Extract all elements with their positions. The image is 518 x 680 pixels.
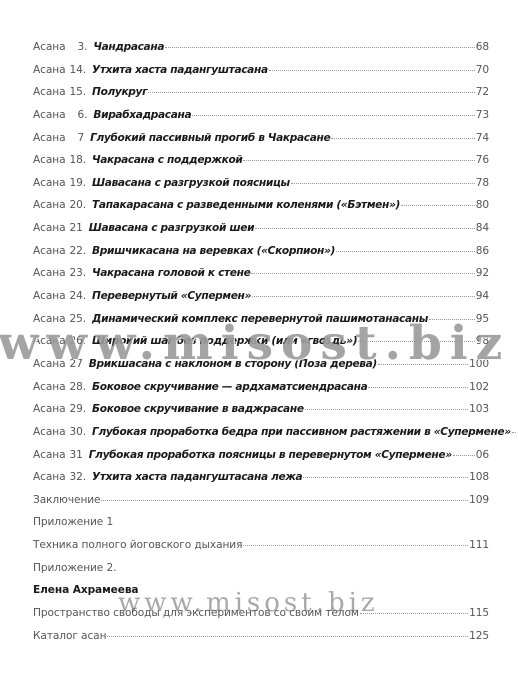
catalog-entry-title[interactable]: Каталог асан bbox=[33, 630, 106, 642]
conclusion-entry[interactable]: Заключение109 bbox=[33, 494, 489, 517]
toc-entry[interactable]: Асана20.Тапакарасана с разведенными коле… bbox=[33, 199, 489, 222]
dot-leader bbox=[107, 636, 468, 637]
toc-entry[interactable]: Асана21Шавасана с разгрузкой шеи84 bbox=[33, 222, 489, 245]
toc-entry[interactable]: Асана27Врикшасана с наклоном в сторону (… bbox=[33, 358, 489, 381]
dot-leader bbox=[358, 341, 475, 342]
dot-leader bbox=[512, 432, 516, 433]
page-number: 100 bbox=[469, 358, 489, 370]
appendix-2-entry-title[interactable]: Пространство свободы для экспериментов с… bbox=[33, 607, 359, 619]
toc-entry[interactable]: Асана26.Широкий шаг без поддержки (или «… bbox=[33, 335, 489, 358]
toc-entry[interactable]: Асана31Глубокая проработка поясницы в пе… bbox=[33, 449, 489, 472]
page-number: 73 bbox=[476, 109, 489, 121]
dot-leader bbox=[303, 477, 468, 478]
dot-leader bbox=[255, 228, 475, 229]
page-number: 103 bbox=[469, 403, 489, 415]
page-number: 98 bbox=[476, 335, 489, 347]
dot-leader bbox=[305, 409, 468, 410]
toc-entry[interactable]: Асана28.Боковое скручивание — ардхаматси… bbox=[33, 381, 489, 404]
toc-entry[interactable]: Асана18.Чакрасана с поддержкой76 bbox=[33, 154, 489, 177]
appendix-2-heading-text: Приложение 2. bbox=[33, 562, 116, 574]
entry-title[interactable]: Чакрасана головой к стене bbox=[92, 267, 250, 279]
entry-label: Асана bbox=[33, 335, 65, 347]
toc-entry[interactable]: Асана3.Чандрасана68 bbox=[33, 41, 489, 64]
entry-number: 31 bbox=[69, 449, 82, 461]
toc-entry[interactable]: Асана14.Утхита хаста падангуштасана70 bbox=[33, 64, 489, 87]
entry-number: 29. bbox=[69, 403, 86, 415]
entry-title[interactable]: Чандрасана bbox=[93, 41, 164, 53]
entry-number: 19. bbox=[69, 177, 86, 189]
entry-label: Асана bbox=[33, 313, 65, 325]
toc-entry[interactable]: Асана15.Полукруг72 bbox=[33, 86, 489, 109]
entry-label: Асана bbox=[33, 471, 65, 483]
entry-number: 18. bbox=[69, 154, 86, 166]
entry-title[interactable]: Боковое скручивание — ардхаматсиендрасан… bbox=[92, 381, 367, 393]
dot-leader bbox=[429, 319, 475, 320]
page-number: 102 bbox=[469, 381, 489, 393]
entry-title[interactable]: Врикшасана с наклоном в сторону (Поза де… bbox=[89, 358, 377, 370]
entry-label: Асана bbox=[33, 41, 65, 53]
entry-label: Асана bbox=[33, 426, 65, 438]
entry-title[interactable]: Глубокая проработка поясницы в переверну… bbox=[89, 449, 452, 461]
toc-entry[interactable]: Асана30.Глубокая проработка бедра при па… bbox=[33, 426, 489, 449]
dot-leader bbox=[252, 296, 475, 297]
appendix-2-entry[interactable]: Пространство свободы для экспериментов с… bbox=[33, 607, 489, 630]
appendix-1-entry[interactable]: Техника полного йоговского дыхания111 bbox=[33, 539, 489, 562]
dot-leader bbox=[453, 455, 475, 456]
entry-number: 23. bbox=[69, 267, 86, 279]
dot-leader bbox=[101, 500, 468, 501]
entry-number: 27 bbox=[69, 358, 82, 370]
entry-number: 3. bbox=[77, 41, 87, 53]
entry-title[interactable]: Глубокая проработка бедра при пассивном … bbox=[92, 426, 511, 438]
entry-number: 26. bbox=[69, 335, 86, 347]
page-number: 68 bbox=[476, 41, 489, 53]
dot-leader bbox=[331, 138, 474, 139]
entry-title[interactable]: Вришчикасана на веревках («Скорпион») bbox=[92, 245, 335, 257]
appendix-2-heading: Приложение 2. bbox=[33, 562, 489, 585]
page-number: 74 bbox=[476, 132, 489, 144]
appendix-1-entry-title[interactable]: Техника полного йоговского дыхания bbox=[33, 539, 242, 551]
entry-number: 6. bbox=[77, 109, 87, 121]
conclusion-entry-title[interactable]: Заключение bbox=[33, 494, 100, 506]
page-number: 84 bbox=[476, 222, 489, 234]
entry-number: 24. bbox=[69, 290, 86, 302]
entry-label: Асана bbox=[33, 64, 65, 76]
appendix-1-heading-text: Приложение 1 bbox=[33, 516, 113, 528]
toc-entry[interactable]: Асана24.Перевернутый «Супермен»94 bbox=[33, 290, 489, 313]
page-number: 111 bbox=[469, 539, 489, 551]
entry-number: 15. bbox=[69, 86, 86, 98]
entry-title[interactable]: Вирабхадрасана bbox=[93, 109, 191, 121]
toc-entry[interactable]: Асана25.Динамический комплекс перевернут… bbox=[33, 313, 489, 336]
table-of-contents: Асана3.Чандрасана68Асана14.Утхита хаста … bbox=[33, 41, 489, 652]
entry-number: 28. bbox=[69, 381, 86, 393]
dot-leader bbox=[368, 387, 468, 388]
entry-number: 7 bbox=[77, 132, 84, 144]
entry-number: 20. bbox=[69, 199, 86, 211]
entry-number: 21 bbox=[69, 222, 82, 234]
entry-number: 30. bbox=[69, 426, 86, 438]
dot-leader bbox=[251, 273, 474, 274]
entry-label: Асана bbox=[33, 245, 65, 257]
entry-label: Асана bbox=[33, 358, 65, 370]
author-name: Елена Ахрамеева bbox=[33, 584, 489, 607]
entry-label: Асана bbox=[33, 290, 65, 302]
dot-leader bbox=[165, 47, 475, 48]
entry-title[interactable]: Утхита хаста падангуштасана лежа bbox=[92, 471, 302, 483]
entry-number: 22. bbox=[69, 245, 86, 257]
dot-leader bbox=[243, 160, 474, 161]
dot-leader bbox=[291, 183, 475, 184]
entry-label: Асана bbox=[33, 403, 65, 415]
toc-entry[interactable]: Асана29.Боковое скручивание в ваджрасане… bbox=[33, 403, 489, 426]
page-number: 108 bbox=[469, 471, 489, 483]
entry-title[interactable]: Утхита хаста падангуштасана bbox=[92, 64, 268, 76]
author-name-text: Елена Ахрамеева bbox=[33, 584, 138, 596]
toc-entry[interactable]: Асана19.Шавасана с разгрузкой поясницы78 bbox=[33, 177, 489, 200]
entry-title[interactable]: Широкий шаг без поддержки (или «гвоздь») bbox=[92, 335, 357, 347]
entry-title[interactable]: Шавасана с разгрузкой шеи bbox=[89, 222, 254, 234]
entry-number: 14. bbox=[69, 64, 86, 76]
dot-leader bbox=[269, 70, 475, 71]
appendix-1-heading: Приложение 1 bbox=[33, 516, 489, 539]
entry-label: Асана bbox=[33, 199, 65, 211]
page-number: 109 bbox=[469, 494, 489, 506]
toc-entry[interactable]: Асана32.Утхита хаста падангуштасана лежа… bbox=[33, 471, 489, 494]
entry-label: Асана bbox=[33, 86, 65, 98]
page-number: 86 bbox=[476, 245, 489, 257]
page-number: 78 bbox=[476, 177, 489, 189]
entry-label: Асана bbox=[33, 267, 65, 279]
entry-label: Асана bbox=[33, 109, 65, 121]
entry-label: Асана bbox=[33, 132, 65, 144]
page-number: 70 bbox=[476, 64, 489, 76]
entry-label: Асана bbox=[33, 222, 65, 234]
entry-label: Асана bbox=[33, 177, 65, 189]
page-number: 115 bbox=[469, 607, 489, 619]
page-number: 92 bbox=[476, 267, 489, 279]
page-number: 76 bbox=[476, 154, 489, 166]
entry-label: Асана bbox=[33, 154, 65, 166]
page-number: 95 bbox=[476, 313, 489, 325]
entry-title[interactable]: Полукруг bbox=[92, 86, 147, 98]
dot-leader bbox=[148, 92, 474, 93]
entry-title[interactable]: Чакрасана с поддержкой bbox=[92, 154, 242, 166]
page-number: 94 bbox=[476, 290, 489, 302]
entry-number: 32. bbox=[69, 471, 86, 483]
entry-title[interactable]: Перевернутый «Супермен» bbox=[92, 290, 251, 302]
entry-title[interactable]: Боковое скручивание в ваджрасане bbox=[92, 403, 304, 415]
page-number: 72 bbox=[476, 86, 489, 98]
entry-label: Асана bbox=[33, 381, 65, 393]
page-number: 06 bbox=[476, 449, 489, 461]
toc-entry[interactable]: Асана7Глубокий пассивный прогиб в Чакрас… bbox=[33, 132, 489, 155]
page-number: 125 bbox=[469, 630, 489, 642]
entry-title[interactable]: Тапакарасана с разведенными коленями («Б… bbox=[92, 199, 400, 211]
toc-entry[interactable]: Асана6.Вирабхадрасана73 bbox=[33, 109, 489, 132]
dot-leader bbox=[243, 545, 468, 546]
entry-title[interactable]: Глубокий пассивный прогиб в Чакрасане bbox=[90, 132, 330, 144]
dot-leader bbox=[401, 205, 475, 206]
dot-leader bbox=[192, 115, 474, 116]
dot-leader bbox=[378, 364, 468, 365]
entry-label: Асана bbox=[33, 449, 65, 461]
toc-entry[interactable]: Асана23.Чакрасана головой к стене92 bbox=[33, 267, 489, 290]
dot-leader bbox=[336, 251, 475, 252]
entry-title[interactable]: Шавасана с разгрузкой поясницы bbox=[92, 177, 290, 189]
page-number: 80 bbox=[476, 199, 489, 211]
entry-title[interactable]: Динамический комплекс перевернутой пашим… bbox=[92, 313, 428, 325]
dot-leader bbox=[360, 613, 468, 614]
catalog-entry[interactable]: Каталог асан125 bbox=[33, 630, 489, 653]
entry-number: 25. bbox=[69, 313, 86, 325]
toc-entry[interactable]: Асана22.Вришчикасана на веревках («Скорп… bbox=[33, 245, 489, 268]
